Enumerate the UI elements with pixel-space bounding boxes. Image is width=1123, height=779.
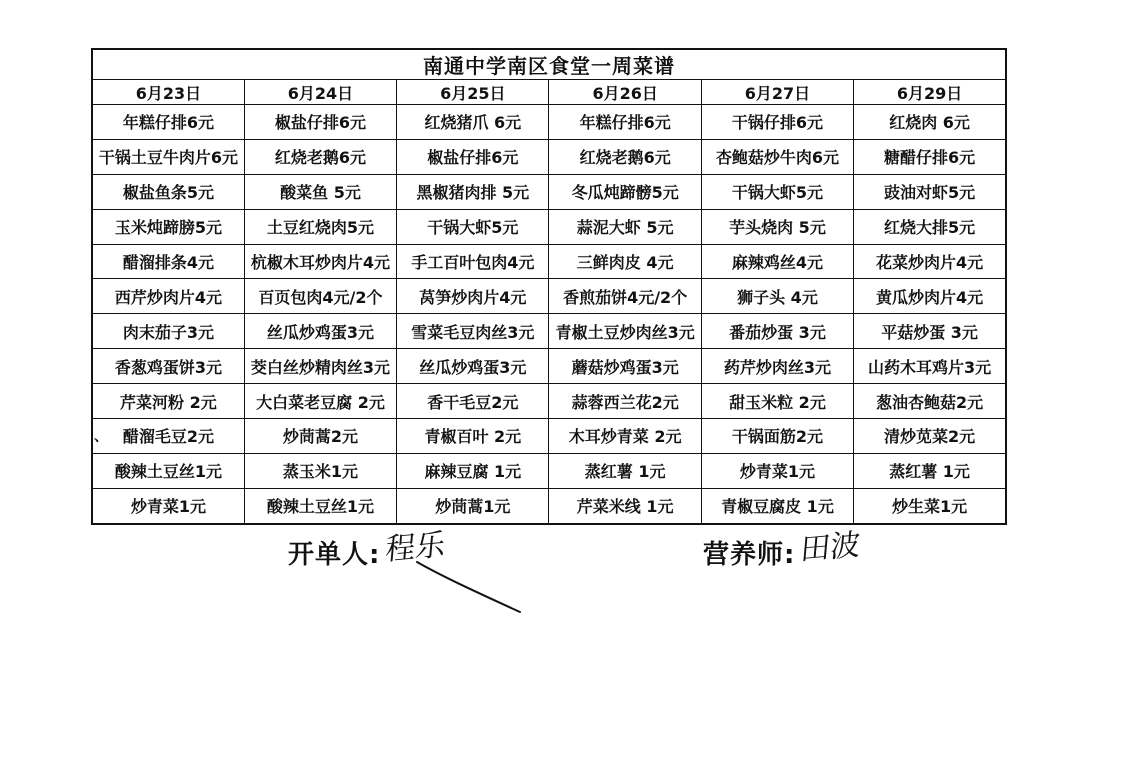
menu-table-head: 南通中学南区食堂一周菜谱 6月23日6月24日6月25日6月26日6月27日6月… — [92, 49, 1006, 105]
date-header: 6月27日 — [701, 80, 853, 105]
menu-cell: 莴笋炒肉片4元 — [397, 279, 549, 314]
menu-cell: 蒜蓉西兰花2元 — [549, 384, 701, 419]
menu-cell: 香葱鸡蛋饼3元 — [92, 349, 244, 384]
menu-cell: 芋头烧肉 5元 — [701, 209, 853, 244]
menu-cell: 年糕仔排6元 — [92, 105, 244, 140]
menu-cell: 芹菜河粉 2元 — [92, 384, 244, 419]
date-header: 6月25日 — [397, 80, 549, 105]
menu-cell: 番茄炒蛋 3元 — [701, 314, 853, 349]
scanned-menu-page: 南通中学南区食堂一周菜谱 6月23日6月24日6月25日6月26日6月27日6月… — [0, 0, 1123, 779]
menu-cell: 酸辣土豆丝1元 — [244, 488, 396, 524]
menu-row: 醋溜排条4元杭椒木耳炒肉片4元手工百叶包肉4元三鲜肉皮 4元麻辣鸡丝4元花菜炒肉… — [92, 244, 1006, 279]
menu-cell: 炒生菜1元 — [854, 488, 1006, 524]
menu-cell: 杭椒木耳炒肉片4元 — [244, 244, 396, 279]
menu-cell: 红烧老鹅6元 — [549, 139, 701, 174]
menu-cell: 西芹炒肉片4元 — [92, 279, 244, 314]
menu-cell: 麻辣鸡丝4元 — [701, 244, 853, 279]
menu-cell: 醋溜排条4元 — [92, 244, 244, 279]
date-header: 6月29日 — [854, 80, 1006, 105]
menu-cell: 炒茼蒿2元 — [244, 419, 396, 454]
menu-row: 年糕仔排6元椒盐仔排6元红烧猪爪 6元年糕仔排6元干锅仔排6元红烧肉 6元 — [92, 105, 1006, 140]
menu-cell: 雪菜毛豆肉丝3元 — [397, 314, 549, 349]
menu-cell: 麻辣豆腐 1元 — [397, 453, 549, 488]
menu-cell: 酸菜鱼 5元 — [244, 174, 396, 209]
menu-cell: 青椒百叶 2元 — [397, 419, 549, 454]
menu-cell: 干锅仔排6元 — [701, 105, 853, 140]
menu-cell: 蒸红薯 1元 — [854, 453, 1006, 488]
menu-cell: 狮子头 4元 — [701, 279, 853, 314]
menu-cell: 葱油杏鲍菇2元 — [854, 384, 1006, 419]
menu-cell: 红烧大排5元 — [854, 209, 1006, 244]
menu-cell: 干锅面筋2元 — [701, 419, 853, 454]
menu-cell: 药芹炒肉丝3元 — [701, 349, 853, 384]
menu-cell: 杏鲍菇炒牛肉6元 — [701, 139, 853, 174]
menu-cell: 土豆红烧肉5元 — [244, 209, 396, 244]
signature-flourish-stroke — [415, 560, 525, 615]
menu-cell: 黑椒猪肉排 5元 — [397, 174, 549, 209]
menu-cell: 椒盐仔排6元 — [397, 139, 549, 174]
dietitian-signature: 田波 — [799, 528, 862, 567]
menu-cell: 大白菜老豆腐 2元 — [244, 384, 396, 419]
menu-cell: 蘑菇炒鸡蛋3元 — [549, 349, 701, 384]
menu-cell: 甜玉米粒 2元 — [701, 384, 853, 419]
menu-cell: 香煎茄饼4元/2个 — [549, 279, 701, 314]
menu-row: 香葱鸡蛋饼3元茭白丝炒精肉丝3元丝瓜炒鸡蛋3元蘑菇炒鸡蛋3元药芹炒肉丝3元山药木… — [92, 349, 1006, 384]
menu-cell: 丝瓜炒鸡蛋3元 — [397, 349, 549, 384]
date-header: 6月24日 — [244, 80, 396, 105]
dietitian-signature-block: 营养师: 田波 — [703, 534, 859, 571]
menu-cell: 三鲜肉皮 4元 — [549, 244, 701, 279]
title-row: 南通中学南区食堂一周菜谱 — [92, 49, 1006, 80]
menu-cell: 椒盐仔排6元 — [244, 105, 396, 140]
menu-cell: 山药木耳鸡片3元 — [854, 349, 1006, 384]
menu-cell: 花菜炒肉片4元 — [854, 244, 1006, 279]
menu-cell: 冬瓜炖蹄髈5元 — [549, 174, 701, 209]
menu-cell: 红烧猪爪 6元 — [397, 105, 549, 140]
menu-cell: 炒青菜1元 — [701, 453, 853, 488]
issuer-label: 开单人: — [288, 534, 380, 571]
menu-cell: 平菇炒蛋 3元 — [854, 314, 1006, 349]
date-header-row: 6月23日6月24日6月25日6月26日6月27日6月29日 — [92, 80, 1006, 105]
menu-cell: 百页包肉4元/2个 — [244, 279, 396, 314]
menu-cell: 椒盐鱼条5元 — [92, 174, 244, 209]
menu-cell: 清炒苋菜2元 — [854, 419, 1006, 454]
menu-cell: 红烧老鹅6元 — [244, 139, 396, 174]
menu-cell: 芹菜米线 1元 — [549, 488, 701, 524]
menu-cell: 蒸红薯 1元 — [549, 453, 701, 488]
menu-cell: 玉米炖蹄膀5元 — [92, 209, 244, 244]
menu-row: 干锅土豆牛肉片6元红烧老鹅6元椒盐仔排6元红烧老鹅6元杏鲍菇炒牛肉6元糖醋仔排6… — [92, 139, 1006, 174]
menu-cell: 酸辣土豆丝1元 — [92, 453, 244, 488]
stray-pen-mark: 、 — [94, 426, 108, 446]
menu-cell: 青椒土豆炒肉丝3元 — [549, 314, 701, 349]
dietitian-label: 营养师: — [703, 534, 795, 571]
menu-table-body: 年糕仔排6元椒盐仔排6元红烧猪爪 6元年糕仔排6元干锅仔排6元红烧肉 6元干锅土… — [92, 105, 1006, 525]
menu-cell: 蒸玉米1元 — [244, 453, 396, 488]
menu-cell: 糖醋仔排6元 — [854, 139, 1006, 174]
menu-cell: 红烧肉 6元 — [854, 105, 1006, 140]
menu-cell: 黄瓜炒肉片4元 — [854, 279, 1006, 314]
date-header: 6月23日 — [92, 80, 244, 105]
menu-row: 酸辣土豆丝1元蒸玉米1元麻辣豆腐 1元蒸红薯 1元炒青菜1元蒸红薯 1元 — [92, 453, 1006, 488]
menu-row: 肉末茄子3元丝瓜炒鸡蛋3元雪菜毛豆肉丝3元青椒土豆炒肉丝3元番茄炒蛋 3元平菇炒… — [92, 314, 1006, 349]
menu-cell: 青椒豆腐皮 1元 — [701, 488, 853, 524]
menu-row: 炒青菜1元酸辣土豆丝1元炒茼蒿1元芹菜米线 1元青椒豆腐皮 1元炒生菜1元 — [92, 488, 1006, 524]
menu-cell: 肉末茄子3元 — [92, 314, 244, 349]
menu-row: 椒盐鱼条5元酸菜鱼 5元黑椒猪肉排 5元冬瓜炖蹄髈5元干锅大虾5元豉油对虾5元 — [92, 174, 1006, 209]
menu-cell: 干锅大虾5元 — [397, 209, 549, 244]
menu-cell: 炒茼蒿1元 — [397, 488, 549, 524]
menu-cell: 香干毛豆2元 — [397, 384, 549, 419]
menu-row: 玉米炖蹄膀5元土豆红烧肉5元干锅大虾5元蒜泥大虾 5元芋头烧肉 5元红烧大排5元 — [92, 209, 1006, 244]
menu-cell: 手工百叶包肉4元 — [397, 244, 549, 279]
menu-cell: 干锅大虾5元 — [701, 174, 853, 209]
menu-cell: 蒜泥大虾 5元 — [549, 209, 701, 244]
menu-cell: 年糕仔排6元 — [549, 105, 701, 140]
menu-cell: 豉油对虾5元 — [854, 174, 1006, 209]
menu-cell: 茭白丝炒精肉丝3元 — [244, 349, 396, 384]
menu-cell: 木耳炒青菜 2元 — [549, 419, 701, 454]
menu-row: 西芹炒肉片4元百页包肉4元/2个莴笋炒肉片4元香煎茄饼4元/2个狮子头 4元黄瓜… — [92, 279, 1006, 314]
menu-cell: 醋溜毛豆2元 — [92, 419, 244, 454]
date-header: 6月26日 — [549, 80, 701, 105]
menu-row: 醋溜毛豆2元炒茼蒿2元青椒百叶 2元木耳炒青菜 2元干锅面筋2元清炒苋菜2元 — [92, 419, 1006, 454]
page-title: 南通中学南区食堂一周菜谱 — [92, 49, 1006, 80]
menu-row: 芹菜河粉 2元大白菜老豆腐 2元香干毛豆2元蒜蓉西兰花2元甜玉米粒 2元葱油杏鲍… — [92, 384, 1006, 419]
menu-cell: 丝瓜炒鸡蛋3元 — [244, 314, 396, 349]
menu-cell: 炒青菜1元 — [92, 488, 244, 524]
weekly-menu-table: 南通中学南区食堂一周菜谱 6月23日6月24日6月25日6月26日6月27日6月… — [91, 48, 1007, 525]
menu-cell: 干锅土豆牛肉片6元 — [92, 139, 244, 174]
